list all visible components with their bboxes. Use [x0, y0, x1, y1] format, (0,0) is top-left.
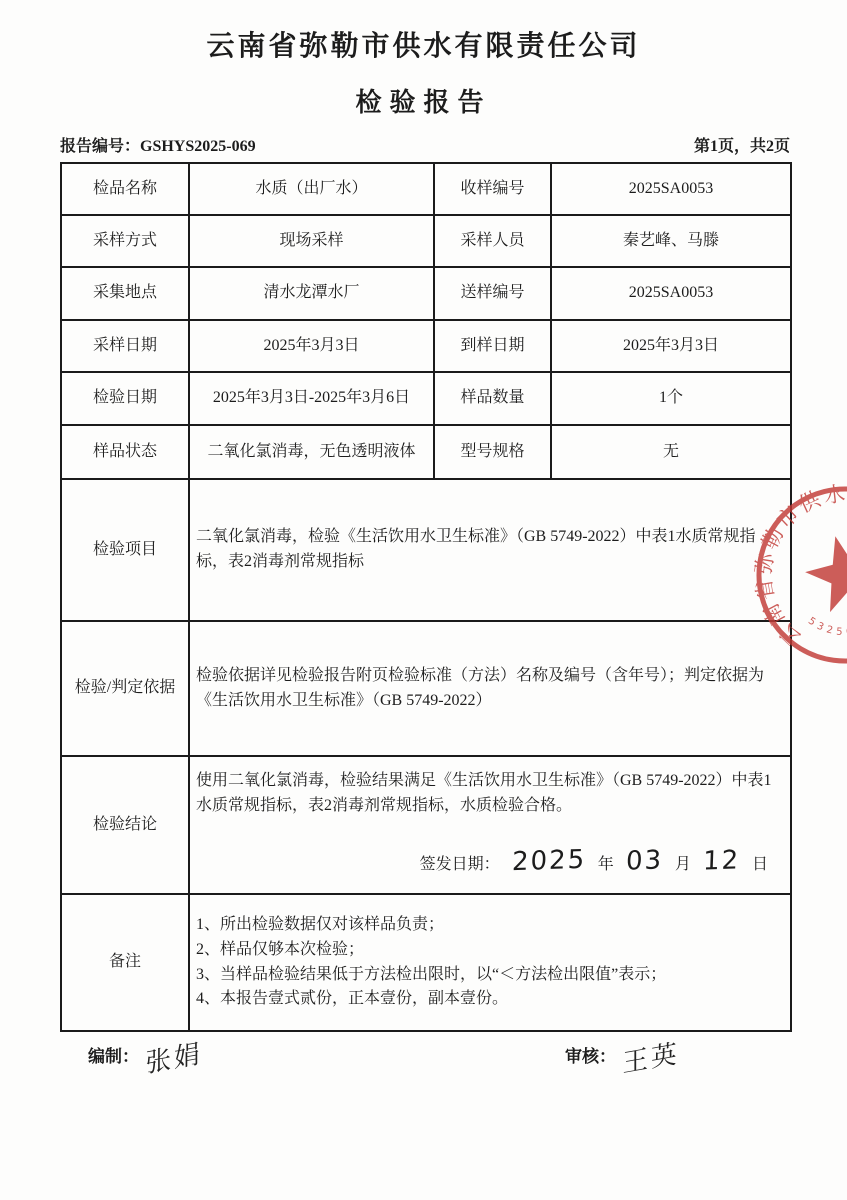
- meta-line: 报告编号：GSHYS2025-069 第1页，共2页: [60, 133, 790, 156]
- reviewed-signature: 王英: [622, 1033, 679, 1081]
- cell-label: 采样日期: [61, 320, 189, 372]
- prepared-by: 编制： 张娟: [88, 1042, 203, 1075]
- sign-date-line: 签发日期： 2025 年 03 月 12 日: [196, 841, 784, 881]
- sign-date-month-unit: 月: [675, 856, 691, 873]
- reviewed-by: 审核： 王英: [565, 1042, 680, 1075]
- cell-label: 检验/判定依据: [61, 621, 189, 756]
- cell-value: 2025SA0053: [551, 163, 791, 215]
- cell-label: 检验日期: [61, 372, 189, 425]
- cell-label: 样品状态: [61, 425, 189, 479]
- remark-item: 2、样品仅够本次检验；: [196, 938, 784, 963]
- table-row: 检品名称 水质（出厂水） 收样编号 2025SA0053: [61, 163, 791, 215]
- sign-date-label: 签发日期：: [420, 856, 500, 873]
- remark-item: 4、本报告壹式贰份，正本壹份，副本壹份。: [196, 987, 784, 1012]
- seal-star-icon: [798, 527, 847, 616]
- prepared-label: 编制：: [88, 1042, 139, 1067]
- cell-label: 检验结论: [61, 756, 189, 894]
- cell-label: 采样人员: [434, 215, 551, 267]
- seal-serial-number: 5325000: [804, 601, 847, 648]
- footer-signatures: 编制： 张娟 审核： 王英: [88, 1042, 787, 1075]
- cell-value: 2025SA0053: [551, 267, 791, 320]
- cell-label: 收样编号: [434, 163, 551, 215]
- report-number-value: GSHYS2025-069: [140, 138, 256, 155]
- table-row-basis: 检验/判定依据 检验依据详见检验报告附页检验标准（方法）名称及编号（含年号）；判…: [61, 621, 791, 756]
- basis-content: 检验依据详见检验报告附页检验标准（方法）名称及编号（含年号）；判定依据为《生活饮…: [189, 621, 791, 756]
- table-row: 采集地点 清水龙潭水厂 送样编号 2025SA0053: [61, 267, 791, 320]
- conclusion-cell: 使用二氧化氯消毒，检验结果满足《生活饮用水卫生标准》（GB 5749-2022）…: [189, 756, 791, 894]
- sign-date-year-unit: 年: [598, 856, 614, 873]
- report-table: 检品名称 水质（出厂水） 收样编号 2025SA0053 采样方式 现场采样 采…: [60, 162, 792, 1032]
- cell-value: 2025年3月3日-2025年3月6日: [189, 372, 434, 425]
- cell-label: 送样编号: [434, 267, 551, 320]
- prepared-signature: 张娟: [145, 1033, 202, 1081]
- report-page: 云南省弥勒市供水有限责任公司 检验报告 报告编号：GSHYS2025-069 第…: [0, 0, 847, 1200]
- cell-value: 水质（出厂水）: [189, 163, 434, 215]
- remark-item: 3、当样品检验结果低于方法检出限时，以“＜方法检出限值”表示；: [196, 963, 784, 988]
- sign-date-day-unit: 日: [752, 856, 768, 873]
- cell-value: 现场采样: [189, 215, 434, 267]
- table-row-remarks: 备注 1、所出检验数据仅对该样品负责； 2、样品仅够本次检验； 3、当样品检验结…: [61, 894, 791, 1031]
- table-row: 检验日期 2025年3月3日-2025年3月6日 样品数量 1个: [61, 372, 791, 425]
- company-title: 云南省弥勒市供水有限责任公司: [0, 30, 847, 64]
- cell-label: 样品数量: [434, 372, 551, 425]
- cell-value: 二氧化氯消毒，无色透明液体: [189, 425, 434, 479]
- sign-date-month: 03: [625, 840, 663, 882]
- cell-value: 2025年3月3日: [551, 320, 791, 372]
- cell-label: 采样方式: [61, 215, 189, 267]
- cell-value: 2025年3月3日: [189, 320, 434, 372]
- cell-value: 1个: [551, 372, 791, 425]
- remark-item: 1、所出检验数据仅对该样品负责；: [196, 913, 784, 938]
- cell-label: 采集地点: [61, 267, 189, 320]
- table-row: 采样方式 现场采样 采样人员 秦艺峰、马滕: [61, 215, 791, 267]
- cell-label: 检品名称: [61, 163, 189, 215]
- report-number-label: 报告编号：: [60, 138, 140, 155]
- report-header: 云南省弥勒市供水有限责任公司 检验报告: [0, 0, 847, 119]
- svg-text:5325000: 5325000: [804, 601, 847, 648]
- reviewed-label: 审核：: [565, 1042, 616, 1067]
- conclusion-content: 使用二氧化氯消毒，检验结果满足《生活饮用水卫生标准》（GB 5749-2022）…: [196, 769, 784, 819]
- report-number: 报告编号：GSHYS2025-069: [60, 133, 256, 156]
- cell-label: 备注: [61, 894, 189, 1031]
- cell-value: 秦艺峰、马滕: [551, 215, 791, 267]
- cell-value: 无: [551, 425, 791, 479]
- cell-value: 清水龙潭水厂: [189, 267, 434, 320]
- table-row: 样品状态 二氧化氯消毒，无色透明液体 型号规格 无: [61, 425, 791, 479]
- project-content: 二氧化氯消毒，检验《生活饮用水卫生标准》（GB 5749-2022）中表1水质常…: [189, 479, 791, 621]
- table-row-conclusion: 检验结论 使用二氧化氯消毒，检验结果满足《生活饮用水卫生标准》（GB 5749-…: [61, 756, 791, 894]
- report-subtitle: 检验报告: [0, 82, 847, 119]
- cell-label: 型号规格: [434, 425, 551, 479]
- sign-date-year: 2025: [511, 839, 587, 882]
- sign-date-day: 12: [702, 840, 740, 882]
- remarks-cell: 1、所出检验数据仅对该样品负责； 2、样品仅够本次检验； 3、当样品检验结果低于…: [189, 894, 791, 1031]
- table-row-project: 检验项目 二氧化氯消毒，检验《生活饮用水卫生标准》（GB 5749-2022）中…: [61, 479, 791, 621]
- cell-label: 到样日期: [434, 320, 551, 372]
- table-row: 采样日期 2025年3月3日 到样日期 2025年3月3日: [61, 320, 791, 372]
- page-indicator: 第1页，共2页: [694, 133, 790, 156]
- cell-label: 检验项目: [61, 479, 189, 621]
